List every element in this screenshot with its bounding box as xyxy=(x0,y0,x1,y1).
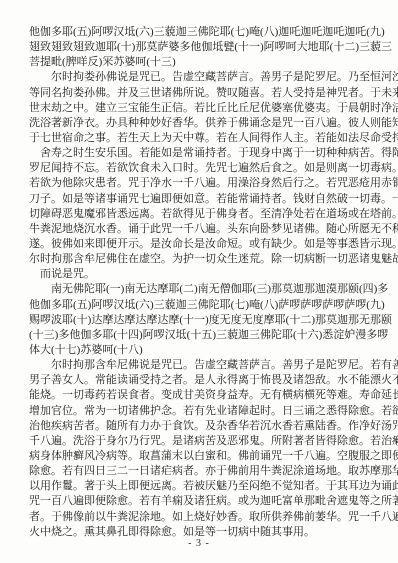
text-line: 千八遍。洗浴于身尔乃行咒。是诸病苦及恶邪鬼。所附著者皆得除愈。若治癞 xyxy=(29,434,370,449)
text-line: 罗尼闻持不忘。若欲饮食未入口时。先咒七遍然后食之。如是则离一切毒病。 xyxy=(29,161,370,176)
text-line: 刀子。如是等诸事诵咒七遍即便如意。若能常诵持者。钱财自然破一切毒。一 xyxy=(29,192,370,207)
text-line: 菩提毗(脾咩反)冞苏婆呵(十三) xyxy=(29,55,370,70)
text-line: 洗浴著新净衣。办具种种妙好香华。供养于佛诵念是咒一百八遍。彼人则能知 xyxy=(29,116,370,131)
text-line: 男子善女人。常能读诵受持之者。是人永得离于怖畏及诸怨敌。水不能漂火不 xyxy=(29,373,370,388)
text-line: 治他疾病苦者。随所有力办于食饮。及杂香华若沉水香若熏陆香。作净好汤咒 xyxy=(29,419,370,434)
text-line: 切障碍恶鬼魔邪皆悉远离。若欲得见于佛身者。至清净处若在道场或在塔前。 xyxy=(29,207,370,222)
text-line: 他伽多耶(五)阿啰汉坻(六)三藐迦三佛陀耶(七)唵(八)萨啰萨啰萨啰萨啰(九) xyxy=(29,298,370,313)
text-line: 尔时拘那含牟尼佛住在虚空。为护一切众生迷荒。除一切病断一切恶诸鬼魅故 xyxy=(29,252,370,267)
text-line: 南无佛陀耶(一)南无达摩耶(二)南无僧伽耶(三)那莫迦那迦漠那颐(四)多 xyxy=(29,282,370,297)
text-line: 他伽多耶(五)阿啰汉坻(六)三藐迦三佛陀耶(七)唵(八)迦吒迦吒迦吒迦吒(九) xyxy=(29,25,370,40)
text-line: 世末劫之中。建立三宝能生正信。若比丘比丘尼优婆塞优婆夷。于晨朝时净洁 xyxy=(29,101,370,116)
text-line: 等同名拘娄孙佛。并及三世诸佛所说。赞叹随喜。若人受持是神咒者。于未来 xyxy=(29,86,370,101)
text-line: 遂。彼佛如来即便开示。是汝命长是汝命短。或有缺少。如是等事悉皆示现。 xyxy=(29,237,370,252)
text-line: 咒一百八遍即便除愈。若有羊痫及诸狂病。或为迦吒富单那毗舍遮鬼等之所著 xyxy=(29,494,370,509)
text-line: 病身体肿癣风冷病等。取菖蒲末以白蜜和。佛前诵咒一千八遍。空腹服之即便 xyxy=(29,449,370,464)
document-page: 他伽多耶(五)阿啰汉坻(六)三藐迦三佛陀耶(七)唵(八)迦吒迦吒迦吒迦吒(九) … xyxy=(0,0,398,563)
text-line: 者。于佛像前以牛粪泥涂地。如上烧好妙香。取所供养佛前萎华。咒一千八遍 xyxy=(29,510,370,525)
text-line: 于七世宿命之事。若生天上为天中尊。若在人间得作人主。若能如法尽命受持 xyxy=(29,131,370,146)
text-line: 能烧。一切毒药若误食者。变成甘美资身益寿。无有横病横死等难。寿命延长 xyxy=(29,388,370,403)
text-line: 翅致翅致翅致迦耶(十)那莫萨婆多他伽坻甓(十一)阿啰呵大地耶(十二)三藐三 xyxy=(29,40,370,55)
text-line: 体大(十七)苏婆呵(十八) xyxy=(29,343,370,358)
sutra-text: 他伽多耶(五)阿啰汉坻(六)三藐迦三佛陀耶(七)唵(八)迦吒迦吒迦吒迦吒(九) … xyxy=(29,25,370,540)
text-line: 尔时拘娄孙佛说是咒已。告虚空藏菩萨言。善男子是陀罗尼。乃至恒河沙 xyxy=(29,70,370,85)
text-line: 以用作鬘。著于头上即便远离。若被厌魅乃至闷绝不觉知者。于其耳边为诵此 xyxy=(29,479,370,494)
text-line: 而说是咒。 xyxy=(29,267,370,282)
text-line: 尔时拘那含牟尼佛说是咒已。告虚空藏菩萨言。善男子是陀罗尼。若有善 xyxy=(29,358,370,373)
text-line: 增加官位。常为一切诸佛护念。若有先业诸障起时。日三诵之悉得除愈。若欲 xyxy=(29,404,370,419)
text-line: 舍寿之时生安乐国。若能如是常诵持者。于现身中离于一切种种病苦。得陀 xyxy=(29,146,370,161)
text-line: 牛粪泥地烧沉水香。诵于此咒一千八遍。头东向卧梦见诸佛。随心所愿无不称 xyxy=(29,222,370,237)
text-line: (十三)多他伽多耶(十四)阿啰汉坻(十五)三藐迦三佛陀耶(十六)悉淀妒漫多啰 xyxy=(29,328,370,343)
text-line: 赐啰波耶(十)达摩达摩达摩达摩(十一)度无度无度摩耶(十二)那莫迦那无那颐 xyxy=(29,313,370,328)
text-line: 若欲为他除灾患者。咒于净水一千八遍。用澡浴身然后行之。若咒恶疮用赤铜 xyxy=(29,176,370,191)
text-line: 除愈。若有四日三二一日诸疟病者。亦于佛前用牛粪泥涂道场地。取苏摩那华 xyxy=(29,464,370,479)
page-number: - 3 - xyxy=(0,538,398,549)
